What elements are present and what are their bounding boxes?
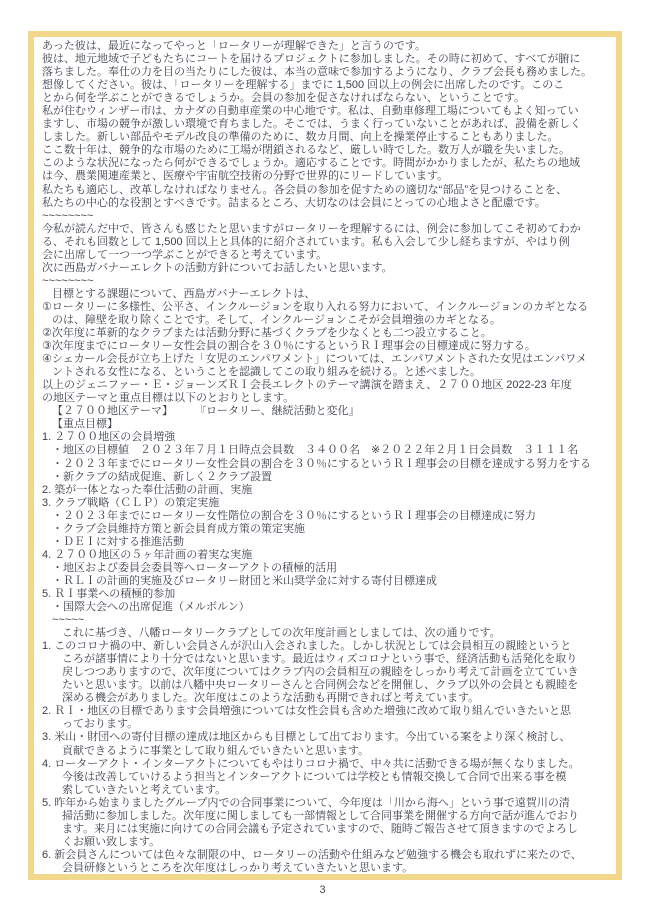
text-line: 1. このコロナ禍の中、新しい会員さんが沢山入会されました。しかし状況としては会… xyxy=(42,640,612,653)
text-line: 会員研修というところを次年度はしっかり考えていきたいと思います。 xyxy=(42,862,612,874)
text-line: 5. ＲＩ事業への積極的参加 xyxy=(42,588,612,601)
document-border-frame: あった彼は、最近になってやっと「ロータリーが理解できた」と言うのです。彼は、地元… xyxy=(28,31,622,880)
text-line: ・地区の目標値 ２０２３年７月１日時点会員数 ３４００名 ※２０２２年２月１日会… xyxy=(42,444,612,457)
text-line: ますし、市場の競争が激しい環境で育ちました。そこでは、うまく行っていないことがあ… xyxy=(42,118,612,131)
text-line: ・地区および委員会委員等へローターアクトの積極的活用 xyxy=(42,562,612,575)
text-line: 2. 築が一体となった奉仕活動の計画、実施 xyxy=(42,484,612,497)
text-line: 会に出席して一つ一つ学ぶことができると考えています。 xyxy=(42,249,612,262)
text-line: 落ちました。奉仕の力を目の当たりにした彼は、本当の意味で参加するようになり、クラ… xyxy=(42,66,612,79)
text-line: 索していきたいと考えています。 xyxy=(42,784,612,797)
text-line: ②次年度に革新的なクラブまたは活動分野に基づくクラブを少なくとも二つ設立すること… xyxy=(42,327,612,340)
text-line: しました。新しい部品やモデル改良の準備のために、数カ月間、向上を操業停止すること… xyxy=(42,131,612,144)
text-line: たいと思います。以前は八幡中央ロータリーさんと合同例会などを開催し、クラブ以外の… xyxy=(42,679,612,692)
text-line: 今私が読んだ中で、皆さんも感じたと思いますがロータリーを理解するには、例会に参加… xyxy=(42,223,612,236)
text-line: のは、障壁を取り除くことです。そして、インクルージョンこそが会員増強のカギとなる… xyxy=(42,314,612,327)
text-line: 私たちも適応し、改革しなければなりません。各会員の参加を促すための適切な“部品”… xyxy=(42,184,612,197)
text-line: 2. ＲＩ・地区の目標であります会員増強については女性会員も含めた増強に改めて取… xyxy=(42,705,612,718)
text-line: 5. 昨年から始まりましたグループ内での合同事業について、今年度は「川から海へ」… xyxy=(42,797,612,810)
text-line: は今、農業関連産業と、医療や宇宙航空技術の分野で世界的にリードしています。 xyxy=(42,170,612,183)
text-line: ます。来月には実施に向けての合同会議も予定されていますので、随時ご報告させて頂き… xyxy=(42,823,612,836)
text-line: ~~~~~~~~ xyxy=(42,210,612,223)
text-line: くお願い致します。 xyxy=(42,836,612,849)
text-line: このような状況になったら何ができるでしょうか。適応することです。時間がかかりまし… xyxy=(42,157,612,170)
text-line: 4. ローターアクト・インターアクトについてもやはりコロナ禍で、中々共に活動でき… xyxy=(42,758,612,771)
text-line: ・クラブ会員維持方策と新会員育成方策の策定実施 xyxy=(42,523,612,536)
text-line: 深める機会がありました。次年度はこのような活動も再開できればと考えています。 xyxy=(42,692,612,705)
text-line: ントされる女性になる、ということを認識してこの取り組みを続ける。と述べました。 xyxy=(42,366,612,379)
text-line: っております。 xyxy=(42,718,612,731)
text-line: 私が住むウィンザー市は、カナダの自動車産業の中心地です。私は、自動車修理工場につ… xyxy=(42,105,612,118)
text-line: ~~~~~ xyxy=(42,614,612,627)
text-line: ④シェカール会長が立ち上げた「女児のエンパワメント」については、エンパワメントさ… xyxy=(42,353,612,366)
text-line: 掃活動に参加しました。次年度に関しましても一部情報として合同事業を開催する方向で… xyxy=(42,810,612,823)
text-line: る、それも回数として 1,500 回以上と具体的に紹介されています。私も入会して… xyxy=(42,236,612,249)
text-line: 次に西島ガバナーエレクトの活動方針についてお話したいと思います。 xyxy=(42,262,612,275)
text-line: ・国際大会への出席促進（メルボルン） xyxy=(42,601,612,614)
text-line: ③次年度までにロータリー女性会員の割合を３０％にするというＲＩ理事会の目標達成に… xyxy=(42,340,612,353)
text-line: 4. ２７００地区の５ヶ年計画の着実な実施 xyxy=(42,549,612,562)
text-line: 【重点目標】 xyxy=(42,418,612,431)
text-line: 彼は、地元地域で子どもたちにコートを届けるプロジェクトに参加しました。その時に初… xyxy=(42,53,612,66)
text-line: 目標とする課題について、西島ガバナーエレクトは、 xyxy=(42,288,612,301)
text-line: 3. クラブ戦略（ＣＬＰ）の策定実施 xyxy=(42,497,612,510)
text-line: ①ロータリーに多様性、公平さ、インクルージョンを取り入れる努力において、インクル… xyxy=(42,301,612,314)
text-line: 以上のジェニファー・Ｅ・ジョーンズＲＩ会長エレクトのテーマ講演を踏まえ、２７００… xyxy=(42,379,612,392)
text-line: とから何を学ぶことができるでしょうか。会員の参加を促さなければならない、というこ… xyxy=(42,92,612,105)
page-number: 3 xyxy=(0,884,645,896)
text-line: ころが諸事情により十分ではないと思います。最近はウィズコロナという事で、経済活動… xyxy=(42,653,612,666)
text-line: ・ＲＬＩの計画的実施及びロータリー財団と米山奨学金に対する寄付目標達成 xyxy=(42,575,612,588)
text-line: 3. 米山・財団への寄付目標の達成は地区からも目標として出ております。今出ている… xyxy=(42,731,612,744)
text-line: 6. 新会員さんについては色々な制限の中、ロータリーの活動や仕組みなど勉強する機… xyxy=(42,849,612,862)
text-line: 貢献できるように事業として取り組んでいきたいと思います。 xyxy=(42,745,612,758)
text-line: 想像してください。彼は、「ロータリーを理解する」までに 1,500 回以上の例会… xyxy=(42,79,612,92)
text-line: あった彼は、最近になってやっと「ロータリーが理解できた」と言うのです。 xyxy=(42,40,612,53)
text-line: 1. ２７００地区の会員増強 xyxy=(42,431,612,444)
text-line: 戻しつつありますので、次年度についてはクラブ内の会員相互の親睦をしっかり考えて計… xyxy=(42,666,612,679)
text-line: ・ＤＥＩに対する推進活動 xyxy=(42,536,612,549)
text-line: 今後は改善していけるよう担当とインターアクトについては学校とも情報交換して合同で… xyxy=(42,771,612,784)
text-line: 【２７００地区テーマ】 『ロータリー、継続活動と変化』 xyxy=(42,405,612,418)
text-line: ここ数十年は、競争的な市場のために工場が閉鎖されるなど、厳しい時でした。数万人が… xyxy=(42,144,612,157)
text-line: ・２０２３年までにロータリー女性階位の割合を３０％にするというＲＩ理事会の目標達… xyxy=(42,510,612,523)
text-line: ・新クラブの結成促進、新しく２クラブ設置 xyxy=(42,471,612,484)
text-line: ・２０２３年までにロータリー女性会員の割合を３０％にするというＲＩ理事会の目標を… xyxy=(42,458,612,471)
text-line: 私たちの中心的な役割とすべきです。詰まるところ、大切なのは会員にとっての心地よさ… xyxy=(42,197,612,210)
text-line: の地区テーマと重点目標は以下のとおりとします。 xyxy=(42,392,612,405)
document-body: あった彼は、最近になってやっと「ロータリーが理解できた」と言うのです。彼は、地元… xyxy=(34,37,616,874)
text-line: これに基づき、八幡ロータリークラブとしての次年度計画としましては、次の通りです。 xyxy=(42,627,612,640)
text-line: ~~~~~~~~ xyxy=(42,275,612,288)
